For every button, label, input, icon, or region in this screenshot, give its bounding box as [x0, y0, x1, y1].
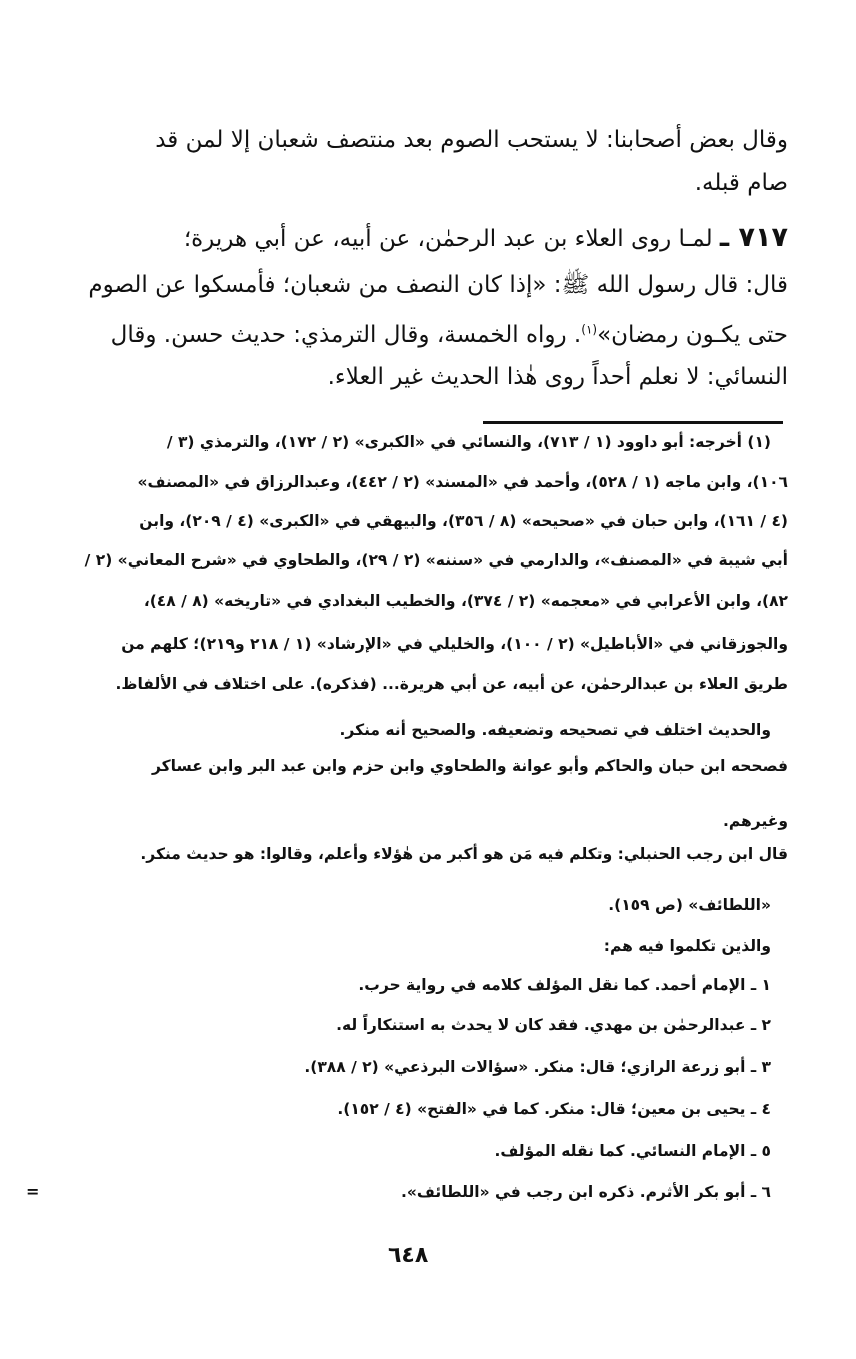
footnote-line-1: (١) أخرجه: أبو داوود (١ / ٧١٣)، والنسائي…: [167, 433, 771, 451]
list-item-1: ١ ـ الإمام أحمد. كما نقل المؤلف كلامه في…: [358, 976, 771, 994]
hadith-intro-text: لمـا روى العلاء بن عبد الرحمٰن، عن أبيه،…: [184, 226, 713, 252]
main-text-line-4: قال: قال رسول الله ﷺ: «إذا كان النصف من …: [88, 270, 788, 304]
list-item-5: ٥ ـ الإمام النسائي. كما نقله المؤلف.: [494, 1142, 771, 1160]
main-text-line-2: صام قبله.: [695, 170, 788, 196]
footnote-line-13: والذين تكلموا فيه هم:: [604, 937, 771, 955]
hadith-grading-text: . رواه الخمسة، وقال الترمذي: حديث حسن. و…: [111, 322, 582, 348]
hadith-heading-line: ٧١٧ ـ لمـا روى العلاء بن عبد الرحمٰن، عن…: [184, 222, 788, 253]
list-item-3: ٣ ـ أبو زرعة الرازي؛ قال: منكر. «سؤالات …: [304, 1058, 771, 1076]
footnote-line-11: قال ابن رجب الحنبلي: وتكلم فيه مَن هو أك…: [140, 845, 788, 863]
footnote-line-12: «اللطائف» (ص ١٥٩).: [608, 896, 771, 914]
main-text-line-6: النسائي: لا نعلم أحداً روى هٰذا الحديث غ…: [328, 364, 788, 390]
footnote-line-5: ٨٢)، وابن الأعرابي في «معجمه» (٢ / ٣٧٤)،…: [144, 592, 788, 610]
footnote-line-2: ١٠٦)، وابن ماجه (١ / ٥٢٨)، وأحمد في «الم…: [137, 473, 788, 491]
footnote-line-7: طريق العلاء بن عبدالرحمٰن، عن أبيه، عن أ…: [116, 675, 789, 693]
footnote-line-3: (٤ / ١٦١)، وابن حبان في «صحيحه» (٨ / ٣٥٦…: [139, 512, 788, 530]
list-item-6: ٦ ـ أبو بكر الأثرم. ذكره ابن رجب في «الل…: [401, 1183, 771, 1201]
list-item-2: ٢ ـ عبدالرحمٰن بن مهدي. فقد كان لا يحدث …: [336, 1016, 771, 1034]
footnote-separator-rule: [483, 421, 783, 424]
main-text-line-1: وقال بعض أصحابنا: لا يستحب الصوم بعد منت…: [155, 127, 788, 153]
footnote-line-4: أبي شيبة في «المصنف»، والدارمي في «سننه»…: [85, 551, 788, 569]
main-text-line-5: حتى يكـون رمضان»(١). رواه الخمسة، وقال ا…: [111, 322, 788, 348]
footnote-line-9: فصححه ابن حبان والحاكم وأبو عوانة والطحا…: [152, 757, 788, 775]
hadith-number: ٧١٧ ـ: [720, 222, 788, 253]
hadith-text-end: حتى يكـون رمضان»: [597, 322, 788, 348]
footnote-line-10: وغيرهم.: [723, 812, 788, 830]
continuation-mark: =: [26, 1184, 39, 1200]
list-item-4: ٤ ـ يحيى بن معين؛ قال: منكر. كما في «الف…: [337, 1100, 771, 1118]
page-number: ٦٤٨: [388, 1243, 428, 1268]
footnote-reference-marker[interactable]: (١): [581, 322, 597, 336]
footnote-line-8: والحديث اختلف في تصحيحه وتضعيفه. والصحيح…: [340, 721, 771, 739]
book-page: وقال بعض أصحابنا: لا يستحب الصوم بعد منت…: [0, 0, 856, 1359]
footnote-line-6: والجوزقاني في «الأباطيل» (٢ / ١٠٠)، والخ…: [121, 635, 788, 653]
